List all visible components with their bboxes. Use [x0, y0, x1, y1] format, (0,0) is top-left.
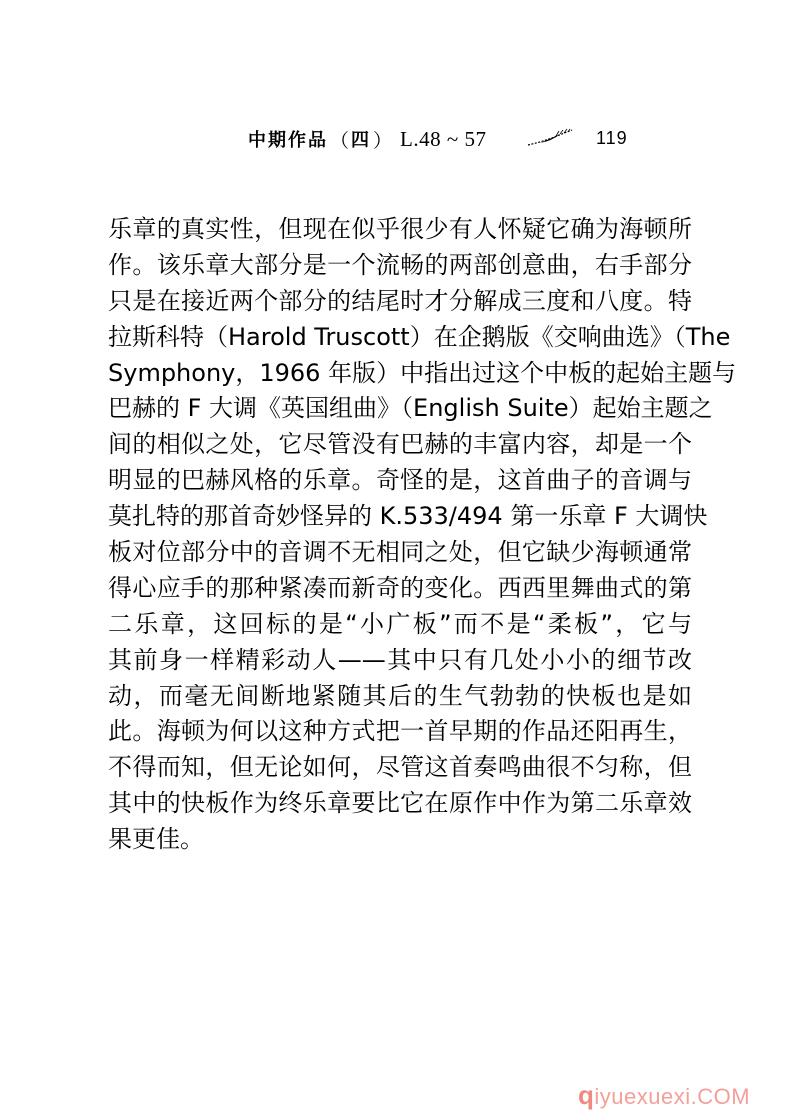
site-watermark: qiyuexuexi.COM [578, 1080, 750, 1111]
text-line: 作。该乐章大部分是一个流畅的两部创意曲，右手部分 [108, 248, 692, 284]
catalog-range: L.48 ~ 57 [400, 127, 486, 152]
paren-close: ） [373, 126, 392, 153]
text-line: 此。海顿为何以这种方式把一首早期的作品还阳再生， [108, 714, 692, 750]
text-line: 只是在接近两个部分的结尾时才分解成三度和八度。特 [108, 284, 692, 320]
chapter-part: 四 [351, 126, 371, 152]
text-line: 不得而知，但无论如何，尽管这首奏鸣曲很不匀称，但 [108, 750, 692, 786]
text-line: 拉斯科特（Harold Truscott）在企鹅版《交响曲选》（The [108, 320, 692, 356]
text-line: Symphony，1966 年版）中指出过这个中板的起始主题与 [108, 356, 692, 392]
text-line: 巴赫的 F 大调《英国组曲》（English Suite）起始主题之 [108, 391, 692, 427]
text-line: 其前身一样精彩动人——其中只有几处小小的细节改 [108, 643, 692, 679]
chapter-title: 中期作品 [248, 126, 328, 152]
text-line: 板对位部分中的音调不无相同之处，但它缺少海顿通常 [108, 535, 692, 571]
text-line: 其中的快板作为终乐章要比它在原作中作为第二乐章效 [108, 786, 692, 822]
watermark-logo-letter: q [578, 1080, 594, 1110]
text-line: 明显的巴赫风格的乐章。奇怪的是，这首曲子的音调与 [108, 463, 692, 499]
body-paragraph: 乐章的真实性，但现在似乎很少有人怀疑它确为海顿所 作。该乐章大部分是一个流畅的两… [108, 212, 692, 858]
feather-flourish-icon [526, 128, 574, 148]
text-line: 间的相似之处，它尽管没有巴赫的丰富内容，却是一个 [108, 427, 692, 463]
text-line: 乐章的真实性，但现在似乎很少有人怀疑它确为海顿所 [108, 212, 692, 248]
text-line: 二乐章，这回标的是“小广板”而不是“柔板”，它与 [108, 607, 692, 643]
paren-open: （ [330, 126, 349, 153]
running-header: 中期作品 （ 四 ） L.48 ~ 57 [248, 124, 486, 154]
text-line: 莫扎特的那首奇妙怪异的 K.533/494 第一乐章 F 大调快 [108, 499, 692, 535]
page-number: 119 [596, 128, 628, 149]
text-line: 得心应手的那种紧凑而新奇的变化。西西里舞曲式的第 [108, 571, 692, 607]
text-line: 果更佳。 [108, 822, 692, 858]
watermark-text: iyuexuexi.COM [594, 1084, 750, 1109]
text-line: 动，而毫无间断地紧随其后的生气勃勃的快板也是如 [108, 679, 692, 715]
